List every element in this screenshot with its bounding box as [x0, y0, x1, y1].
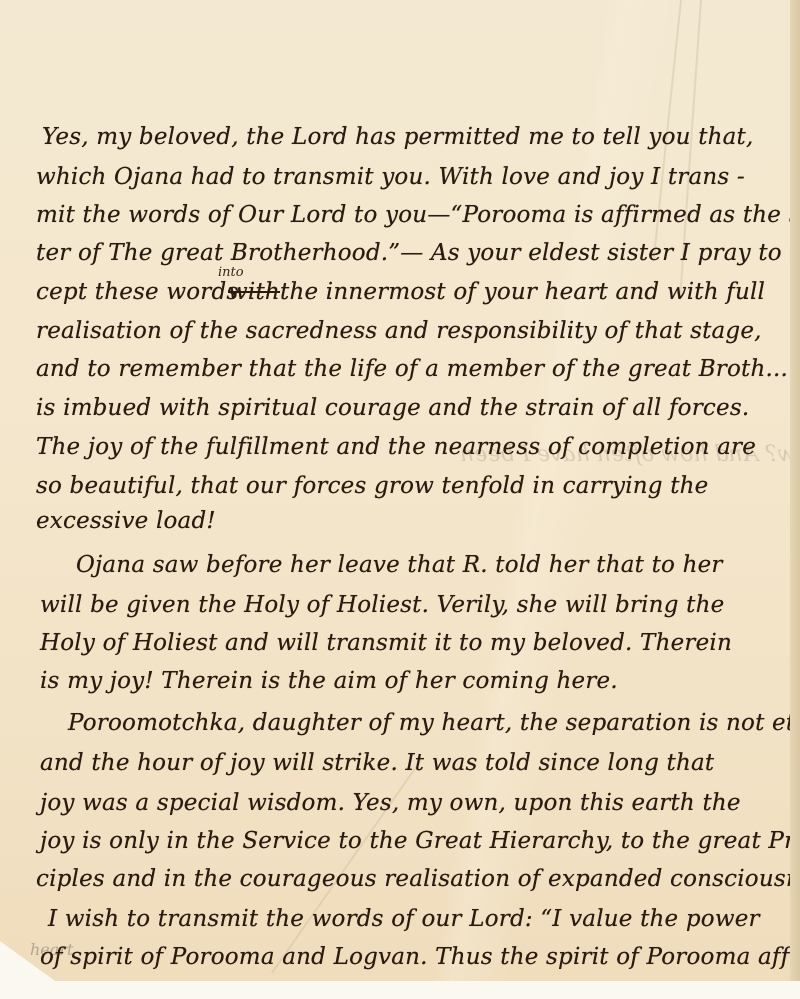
- letter-line-13: will be given the Holy of Holiest. Veril…: [40, 592, 724, 618]
- letter-line-18: joy was a special wisdom. Yes, my own, u…: [40, 790, 741, 816]
- letter-line-19: joy is only in the Service to the Great …: [40, 828, 800, 854]
- letter-line-17: and the hour of joy will strike. It was …: [40, 750, 714, 776]
- letter-line-6: realisation of the sacredness and respon…: [36, 318, 762, 344]
- letter-line-2: which Ojana had to transmit you. With lo…: [36, 164, 745, 190]
- letter-line-21: I wish to transmit the words of our Lord…: [48, 906, 760, 932]
- letter-line-20: ciples and in the courageous realisation…: [36, 866, 800, 892]
- letter-line-10: so beautiful, that our forces grow tenfo…: [36, 473, 708, 499]
- letter-line-12: Ojana saw before her leave that R. told …: [76, 552, 723, 578]
- letter-line-14: Holy of Holiest and will transmit it to …: [40, 630, 732, 656]
- paper-edge-right: [790, 0, 800, 999]
- letter-line-16: Poroomotchka, daughter of my heart, the …: [68, 710, 800, 736]
- letter-line-5a: cept these words: [36, 279, 238, 305]
- letter-line-8: is imbued with spiritual courage and the…: [36, 395, 749, 421]
- letter-line-3: mit the words of Our Lord to you—“Poroom…: [36, 202, 800, 228]
- scan-background-bottom: [0, 981, 800, 999]
- paper-corner-fold: [0, 941, 55, 981]
- letter-line-5b: the innermost of your heart and with ful…: [280, 279, 765, 305]
- inserted-word: into: [218, 265, 244, 280]
- letter-line-22: of spirit of Porooma and Logvan. Thus th…: [40, 944, 800, 970]
- letter-line-4: ter of The great Brotherhood.”— As your …: [36, 240, 800, 266]
- struck-word: with: [228, 279, 280, 305]
- letter-line-1: Yes, my beloved, the Lord has permitted …: [42, 124, 754, 150]
- letter-line-7: and to remember that the life of a membe…: [36, 356, 800, 382]
- letter-line-11: excessive load!: [36, 508, 216, 534]
- letter-line-15: is my joy! Therein is the aim of her com…: [40, 668, 618, 694]
- letter-line-9: The joy of the fulfillment and the nearn…: [36, 434, 756, 460]
- letter-page: coming sorrow? And how often have I been…: [0, 0, 800, 999]
